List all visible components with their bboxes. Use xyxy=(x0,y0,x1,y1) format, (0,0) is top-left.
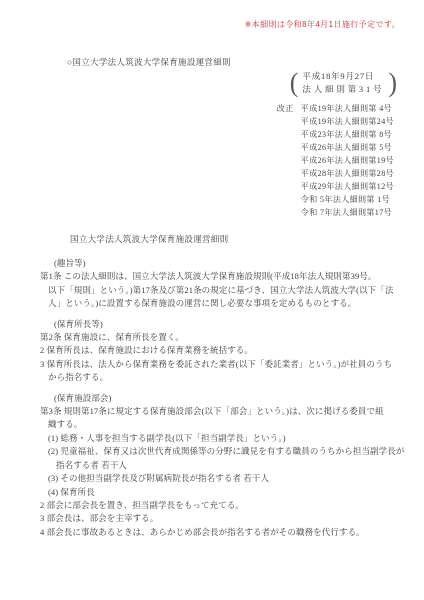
amendment-list: 平成19年法人細則第 4号平成19年法人細則第24号平成23年法人細則第 8号平… xyxy=(301,102,394,219)
body-line: 3 部会長は、部会を主宰する。 xyxy=(40,512,408,525)
amendments-label: 改正 xyxy=(277,102,294,219)
body-line: (1) 総務・人事を担当する副学長(以下「担当副学長」という。) xyxy=(40,432,408,445)
body-line: 以下「規則」という。)第17条及び第21条の規定に基づき、国立大学法人筑波大学(… xyxy=(40,284,408,297)
amendment-item: 令和 7年法人細則第17号 xyxy=(301,206,394,219)
amendment-item: 平成23年法人細則第 8号 xyxy=(301,128,394,141)
amendment-item: 平成26年法人細則第 5号 xyxy=(301,141,394,154)
document-title: ○国立大学法人筑波大学保育施設運営細則 xyxy=(67,56,231,68)
amendment-item: 平成19年法人細則第24号 xyxy=(301,115,394,128)
body-line: 第2条 保育施設に、保育所長を置く。 xyxy=(40,331,408,344)
body-line: (2) 児童福祉、保育又は次世代育成関係等の分野に識見を有する職員のうちから担当… xyxy=(40,445,408,458)
body-line: 3 保育所長は、法人から保育業務を委託された業者(以下「委託業者」という。)が社… xyxy=(40,358,408,371)
body-line: 2 保育所長は、保育施設における保育業務を統括する。 xyxy=(40,344,408,357)
bracket-close-icon: ) xyxy=(388,69,397,96)
body-line: (保育所長等) xyxy=(40,318,408,331)
document-body: (趣旨等)第1条 この法人細則は、国立大学法人筑波大学保育施設規則(平成18年法… xyxy=(40,257,408,539)
amendment-item: 平成28年法人細則第28号 xyxy=(301,167,394,180)
amendments-block: 改正 平成19年法人細則第 4号平成19年法人細則第24号平成23年法人細則第 … xyxy=(277,102,394,219)
body-line: 2 部会に部会長を置き、担当副学長をもって充てる。 xyxy=(40,499,408,512)
amendment-item: 平成29年法人細則第12号 xyxy=(301,180,394,193)
body-line: 第3条 規則第17条に規定する保育施設部会(以下「部会」という。)は、次に掲げる… xyxy=(40,405,408,418)
promulgation-number: 法人細則第31号 xyxy=(302,83,384,96)
amendment-item: 平成26年法人細則第19号 xyxy=(301,154,394,167)
promulgation-block: ( 平成18年9月27日 法人細則第31号 ) xyxy=(290,70,397,96)
amendment-item: 令和 5年法人細則第 1号 xyxy=(301,193,394,206)
body-line: (保育施設部会) xyxy=(40,392,408,405)
body-line: 指名する者 若干人 xyxy=(40,459,408,472)
enforcement-notice: ※本細則は令和8年4月1日施行予定です。 xyxy=(245,19,400,30)
body-line: (4) 保育所長 xyxy=(40,486,408,499)
promulgation-date: 平成18年9月27日 xyxy=(302,70,384,83)
body-line: 人」という。)に設置する保育施設の運営に関し必要な事項を定めるものとする。 xyxy=(40,297,408,310)
bracket-open-icon: ( xyxy=(290,69,299,96)
regulation-heading: 国立大学法人筑波大学保育施設運営細則 xyxy=(70,233,228,245)
amendment-item: 平成19年法人細則第 4号 xyxy=(301,102,394,115)
body-line: (趣旨等) xyxy=(40,257,408,270)
body-line: (3) その他担当副学長及び附属病院長が指名する者 若干人 xyxy=(40,472,408,485)
body-line: 4 部会長に事故あるときは、あらかじめ部会長が指名する者がその職務を代行する。 xyxy=(40,526,408,539)
body-line: 織する。 xyxy=(40,418,408,431)
document-page: ※本細則は令和8年4月1日施行予定です。 ○国立大学法人筑波大学保育施設運営細則… xyxy=(0,0,424,600)
body-line: から指名する。 xyxy=(40,371,408,384)
body-line: 第1条 この法人細則は、国立大学法人筑波大学保育施設規則(平成18年法人規則第3… xyxy=(40,270,408,283)
